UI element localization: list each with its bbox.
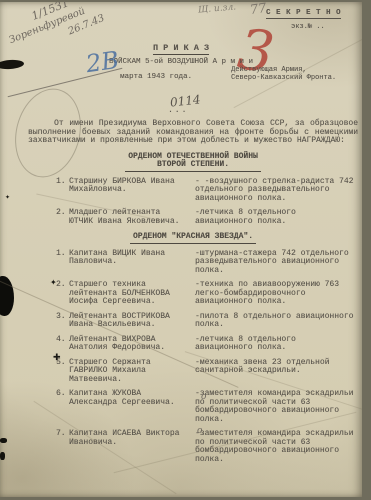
edge-mark: [0, 438, 7, 443]
entry-position: -заместителя командира эскадрильи по пол…: [195, 390, 357, 424]
entry-position: -техника по авиавооружению 763 легко-бом…: [195, 281, 357, 307]
award-entry: 2. Младшего лейтенанта ЮТЧИК Ивана Яковл…: [56, 209, 358, 226]
entry-name: Капитана ВИЦИК Ивана Павловича.: [69, 250, 187, 276]
entry-name: Старшину БИРКОВА Ивана Михайловича.: [69, 178, 187, 204]
award-entry: 1. Старшину БИРКОВА Ивана Михайловича. -…: [56, 178, 358, 204]
entry-name: Капитана ЖУКОВА Александра Сергеевича.: [69, 390, 187, 424]
edge-mark: [0, 452, 5, 460]
date-line: марта 1943 года.: [120, 73, 192, 81]
entry-name: Старшего Сержанта ГАВРИЛКО Михаила Матве…: [69, 359, 187, 385]
preamble-paragraph: От имени Президиума Верховного Совета Со…: [28, 120, 358, 146]
entry-name: Старшего техника лейтенанта БОЛЧЕНКОВА И…: [69, 281, 187, 307]
order-body: От имени Президиума Верховного Совета Со…: [28, 120, 358, 470]
entry-position: -заместителя командира эскадрильи по пол…: [195, 430, 357, 464]
section-heading-line2: ВТОРОЙ СТЕПЕНИ.: [128, 161, 258, 170]
entry-number: 2.: [56, 281, 69, 307]
award-entry: 6. Капитана ЖУКОВА Александра Сергеевича…: [56, 390, 358, 424]
location-line-1: Действующая Армия,: [231, 66, 336, 74]
order-subtitle: ВОЙСКАМ 5-ой ВОЗДУШНОЙ А р м и и: [0, 58, 362, 66]
award-entry: 1. Капитана ВИЦИК Ивана Павловича. -штур…: [56, 250, 358, 276]
blue-handwritten-day: 2В: [84, 46, 120, 78]
award-entry: 4. Лейтенанта ВИХРОВА Анатолия Федорович…: [56, 336, 358, 353]
section-heading-patriotic-war: ОРДЕНОМ ОТЕЧЕСТВЕННОЙ ВОЙНЫ ВТОРОЙ СТЕПЕ…: [125, 153, 261, 172]
order-number-dots: ...: [168, 106, 188, 115]
pencil-check-mark: о: [197, 426, 202, 436]
document-page: Щ. и.зл. 77 С Е К Р Е Т Н О экз.№ .. 3 1…: [0, 2, 362, 497]
entry-number: 1.: [56, 250, 69, 276]
entry-number: 4.: [56, 336, 69, 353]
entry-name: Лейтенанта ВОСТРИКОВА Ивана Васильевича.: [69, 313, 187, 330]
award-entry: 5. Старшего Сержанта ГАВРИЛКО Михаила Ма…: [56, 359, 358, 385]
order-title: П Р И К А З: [0, 43, 362, 53]
pencil-check-mark: о: [201, 392, 206, 402]
section-heading-red-star: ОРДЕНОМ "КРАСНАЯ ЗВЕЗДА".: [130, 233, 256, 244]
star-mark: ✦: [5, 194, 10, 201]
entry-name: Младшего лейтенанта ЮТЧИК Ивана Яковлеви…: [69, 209, 187, 226]
entry-number: 3.: [56, 313, 69, 330]
entry-position: - -воздушного стрелка-радиста 742 отдель…: [195, 178, 357, 204]
plus-mark: ✚: [53, 353, 61, 363]
pencil-scribble-number: 77: [249, 2, 267, 18]
entry-position: -пилота 8 отдельного авиационного полка.: [195, 313, 357, 330]
section-heading-line1: ОРДЕНОМ "КРАСНАЯ ЗВЕЗДА".: [133, 233, 253, 242]
entry-position: -летчика 8 отдельного авиационного полка…: [195, 336, 357, 353]
entry-position: -штурмана-стажера 742 отдельного разведы…: [195, 250, 357, 276]
entry-position: -летчика 8 отдельного авиационного полка…: [195, 209, 357, 226]
award-entry: 2. Старшего техника лейтенанта БОЛЧЕНКОВ…: [56, 281, 358, 307]
entry-number: 7.: [56, 430, 69, 464]
award-entry: 7. Капитана ИСАЕВА Виктора Ивановича. -з…: [56, 430, 358, 464]
entry-number: 2.: [56, 209, 69, 226]
star-mark: ✦: [50, 278, 57, 287]
copy-number-label: экз.№ ..: [291, 23, 325, 31]
order-title-text: П Р И К А З: [153, 43, 209, 55]
pencil-scribble: Щ. и.зл.: [198, 2, 237, 15]
classification-label: С Е К Р Е Т Н О: [266, 9, 341, 19]
ink-smudge: [0, 59, 24, 70]
